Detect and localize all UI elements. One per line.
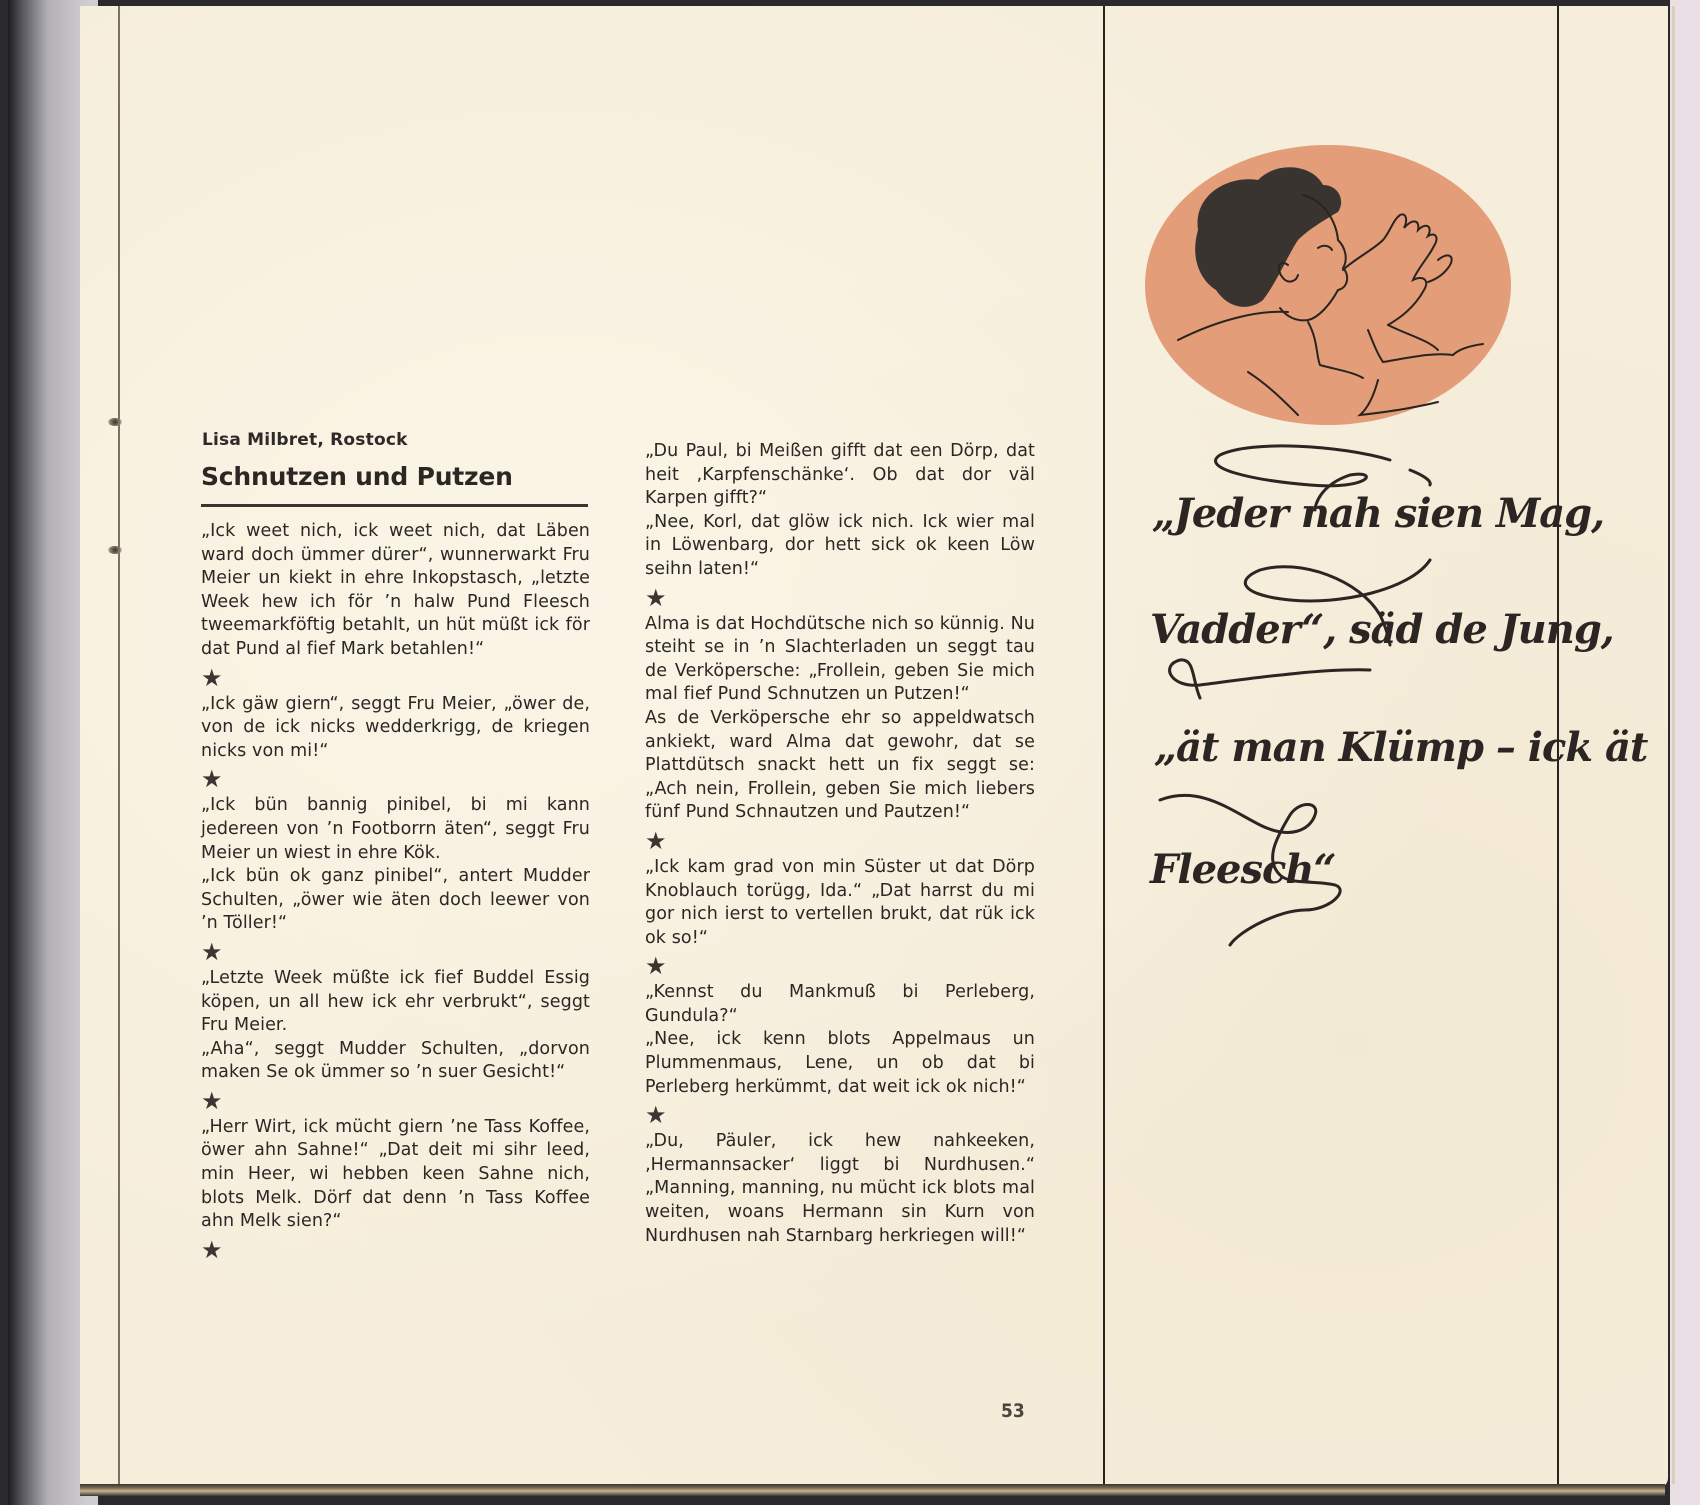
binding-stitch [108, 418, 122, 426]
star-separator-icon: ★ [201, 939, 590, 965]
calligraphy-line: „ät man Klümp – ick ät [1154, 724, 1647, 771]
article-paragraph: As de Verköpersche ehr so appel­dwatsch … [645, 707, 1035, 825]
article-paragraph: „Du Paul, bi Meißen gifft dat een Dörp, … [645, 440, 1035, 511]
article-paragraph: „Letzte Week müßte ick fief Buddel Essig… [201, 967, 590, 1038]
star-separator-icon: ★ [201, 665, 590, 691]
page-number: 53 [1001, 1400, 1025, 1422]
article-paragraph: „Ick gäw giern“, seggt Fru Meier, „öwer … [201, 693, 590, 764]
article-title: Schnutzen und Putzen [201, 460, 590, 494]
star-separator-icon: ★ [645, 953, 1035, 979]
calligraphy-line: Fleesch“ [1150, 846, 1335, 893]
star-separator-icon: ★ [201, 766, 590, 792]
article-author: Lisa Milbret, Rostock [202, 430, 590, 450]
article-paragraph: „Ick bün ok ganz pinibel“, antert Mudder… [201, 865, 590, 936]
binding-stitch [108, 546, 122, 554]
star-separator-icon: ★ [645, 828, 1035, 854]
article-paragraph: „Du, Päuler, ick hew nahkeeken, ‚Hermann… [645, 1130, 1035, 1248]
article-paragraph: „Ick weet nich, ick weet nich, dat Läben… [201, 520, 590, 662]
star-separator-icon: ★ [201, 1237, 590, 1263]
title-underline [201, 504, 588, 507]
article-body-middle: „Du Paul, bi Meißen gifft dat een Dörp, … [645, 440, 1035, 1248]
article-paragraph: „Nee, ick kenn blots Appelmaus un Plumme… [645, 1028, 1035, 1099]
article-paragraph: „Ick bün bannig pinibel, bi mi kann jede… [201, 794, 590, 865]
article-paragraph: „Ick kam grad von min Süster ut dat Dörp… [645, 856, 1035, 950]
article-column-middle: „Du Paul, bi Meißen gifft dat een Dörp, … [645, 440, 1035, 1248]
calligraphic-quote: „Jeder nah sien Mag, Vadder“, säd de Jun… [1140, 440, 1560, 960]
spine-fold [118, 6, 120, 1484]
article-paragraph: „Kennst du Mankmuß bi Perleberg, Gundula… [645, 981, 1035, 1028]
calligraphy-line: Vadder“, säd de Jung, [1150, 606, 1614, 653]
page-bottom-edge [80, 1484, 1665, 1496]
calligraphy-line: „Jeder nah sien Mag, [1152, 490, 1604, 537]
article-column-left: Lisa Milbret, Rostock Schnutzen und Putz… [201, 430, 590, 1265]
page-edge [1672, 6, 1675, 1484]
column-divider-rule [1103, 6, 1105, 1484]
article-paragraph: „Herr Wirt, ick mücht giern ’ne Tass Kof… [201, 1116, 590, 1234]
caricature-illustration [1138, 140, 1518, 430]
article-paragraph: „Aha“, seggt Mudder Schulten, „dorvon ma… [201, 1038, 590, 1085]
article-paragraph: „Nee, Korl, dat glöw ick nich. Ick wier … [645, 511, 1035, 582]
star-separator-icon: ★ [645, 1102, 1035, 1128]
star-separator-icon: ★ [201, 1088, 590, 1114]
article-paragraph: Alma is dat Hochdütsche nich so künnig. … [645, 613, 1035, 707]
article-body-left: „Ick weet nich, ick weet nich, dat Läben… [201, 520, 590, 1263]
star-separator-icon: ★ [645, 585, 1035, 611]
